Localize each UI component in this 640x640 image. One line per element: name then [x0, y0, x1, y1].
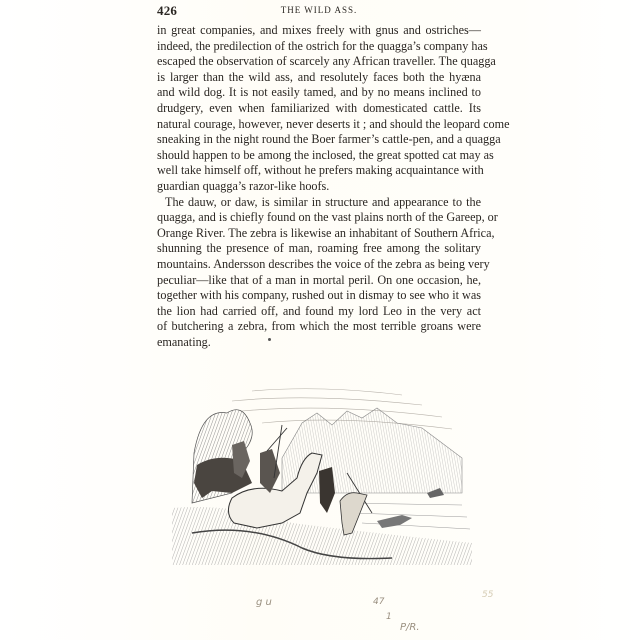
text-line: well take himself off, without he prefer…: [157, 163, 481, 179]
handwritten-note: P/R.: [400, 622, 420, 633]
page-header: 426 THE WILD ASS.: [157, 3, 481, 17]
text-line: and wild dog. It is not easily tamed, an…: [157, 85, 481, 101]
paragraph-1: in great companies, and mixes freely wit…: [157, 23, 481, 195]
handwritten-note: 55: [482, 590, 493, 600]
text-line: is larger than the wild ass, and resolut…: [157, 70, 481, 86]
text-line: together with his company, rushed out in…: [157, 288, 481, 304]
body-text: in great companies, and mixes freely wit…: [157, 23, 481, 350]
text-line: shunning the presence of man, roaming fr…: [157, 241, 481, 257]
text-line: guardian quagga’s razor-like hoofs.: [157, 179, 481, 195]
handwritten-note: g u: [256, 597, 272, 608]
text-line: in great companies, and mixes freely wit…: [157, 23, 481, 39]
man-dark: [319, 467, 335, 513]
paragraph-2: The dauw, or daw, is similar in structur…: [157, 195, 481, 351]
text-line: drudgery, even when familiarized with do…: [157, 101, 481, 117]
running-title: THE WILD ASS.: [157, 5, 481, 15]
text-line: emanating.: [157, 335, 481, 351]
text-line: quagga, and is chiefly found on the vast…: [157, 210, 481, 226]
text-line: should happen to be among the inclosed, …: [157, 148, 481, 164]
text-line: sneaking in the night round the Boer far…: [157, 132, 481, 148]
dogs: [377, 515, 412, 528]
text-line: The dauw, or daw, is similar in structur…: [157, 195, 481, 211]
text-line: Orange River. The zebra is likewise an i…: [157, 226, 481, 242]
text-line: indeed, the predilection of the ostrich …: [157, 39, 481, 55]
engraving-illustration: [172, 383, 472, 565]
text-line: peculiar—like that of a man in mortal pe…: [157, 273, 481, 289]
running-man: [340, 493, 367, 535]
text-line: escaped the observation of scarcely any …: [157, 54, 481, 70]
text-line: mountains. Andersson describes the voice…: [157, 257, 481, 273]
ink-speck: [268, 338, 271, 341]
book-page: 426 THE WILD ASS. in great companies, an…: [0, 0, 640, 640]
text-line: the lion had carried off, and found my l…: [157, 304, 481, 320]
handwritten-note: 47: [373, 597, 384, 607]
handwritten-note: 1: [386, 612, 392, 622]
text-line: of butchering a zebra, from which the mo…: [157, 319, 481, 335]
text-line: natural courage, however, never deserts …: [157, 117, 481, 133]
